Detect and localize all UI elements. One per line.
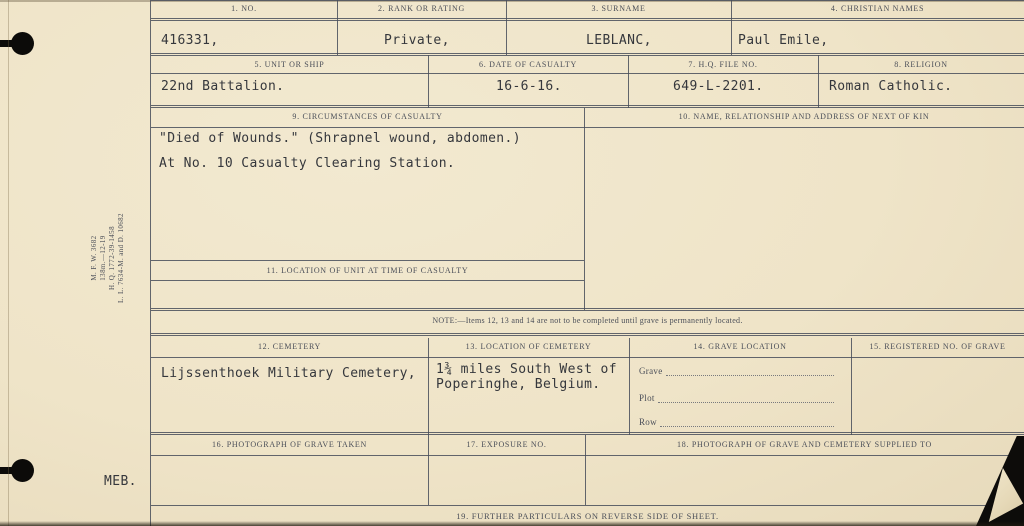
divider [506,0,507,55]
field-label-unit-location: 11. LOCATION OF UNIT AT TIME OF CASUALTY [151,266,584,275]
divider [584,108,585,310]
stamp-line: L. L. 7634-M. and D. 10682 [117,188,126,328]
field-label-cemetery: 12. CEMETERY [151,342,428,351]
card-bottom-edge [0,521,1024,526]
field-label-date-of-casualty: 6. DATE OF CASUALTY [428,60,628,69]
casualty-record-card: M. F. W. 3682 138m.—12-19 H. Q. 1772-39-… [0,0,1024,526]
field-label-circumstances: 9. CIRCUMSTANCES OF CASUALTY [151,112,584,121]
rule [151,127,1024,128]
plot-line: Plot [639,392,834,403]
rule [151,280,584,281]
field-value-rank: Private, [384,33,450,48]
rule [151,105,1024,108]
clerk-initials: MEB. [104,474,137,489]
divider [585,435,586,505]
divider [428,55,429,108]
rule [151,432,1024,435]
rule [151,357,1024,358]
field-label-religion: 8. RELIGION [818,60,1024,69]
field-label-christian-names: 4. CHRISTIAN NAMES [731,4,1024,13]
field-label-photo-supplied: 18. PHOTOGRAPH OF GRAVE AND CEMETERY SUP… [585,440,1024,449]
field-label-unit: 5. UNIT OR SHIP [151,60,428,69]
rule [151,18,1024,21]
form-grid: 1. NO. 2. RANK OR RATING 3. SURNAME 4. C… [150,0,1024,526]
divider [337,0,338,55]
divider [851,338,852,435]
divider [428,435,429,505]
field-value-christian-names: Paul Emile, [738,33,829,48]
field-value-date-of-casualty: 16-6-16. [496,79,562,94]
row-line: Row [639,416,834,427]
dotted-leader [658,392,834,403]
field-label-next-of-kin: 10. NAME, RELATIONSHIP AND ADDRESS OF NE… [584,112,1024,121]
field-value-cemetery: Lijssenthoek Military Cemetery, [161,366,416,381]
rule [151,53,1024,56]
field-label-cemetery-location: 13. LOCATION OF CEMETERY [428,342,629,351]
footer-text: 19. FURTHER PARTICULARS ON REVERSE SIDE … [151,511,1024,521]
rule [151,505,1024,506]
punch-hole-top [11,32,34,55]
divider [628,55,629,108]
plot-line-label: Plot [639,393,655,403]
rule [151,0,1024,1]
field-label-exposure-no: 17. EXPOSURE NO. [428,440,585,449]
field-value-unit: 22nd Battalion. [161,79,284,94]
field-label-rank: 2. RANK OR RATING [337,4,506,13]
field-label-hq-file-no: 7. H.Q. FILE NO. [628,60,818,69]
field-value-religion: Roman Catholic. [829,79,952,94]
field-value-cemetery-location-line2: Poperinghe, Belgium. [436,377,601,392]
divider [629,338,630,435]
stamp-line: M. F. W. 3682 [90,188,99,328]
note-text: NOTE:—Items 12, 13 and 14 are not to be … [151,316,1024,325]
divider [818,55,819,108]
dotted-leader [660,416,834,427]
form-number-stamp: M. F. W. 3682 138m.—12-19 H. Q. 1772-39-… [90,188,146,328]
field-label-grave-location: 14. GRAVE LOCATION [629,342,851,351]
field-value-circumstances-line1: "Died of Wounds." (Shrapnel wound, abdom… [159,131,521,146]
rule [151,308,1024,311]
rule [151,455,1024,456]
field-value-hq-file-no: 649-L-2201. [673,79,764,94]
field-label-surname: 3. SURNAME [506,4,731,13]
field-value-cemetery-location-line1: 1¾ miles South West of [436,362,617,377]
row-line-label: Row [639,417,657,427]
stamp-line: 138m.—12-19 [99,188,108,328]
divider [428,338,429,435]
grave-line: Grave [639,365,834,376]
field-label-registered-no: 15. REGISTERED NO. OF GRAVE [851,342,1024,351]
field-value-circumstances-line2: At No. 10 Casualty Clearing Station. [159,156,455,171]
divider [731,0,732,55]
grave-line-label: Grave [639,366,663,376]
rule [151,333,1024,336]
dotted-leader [666,365,835,376]
stamp-line: H. Q. 1772-39-1458 [108,188,117,328]
punch-hole-bottom [11,459,34,482]
field-value-surname: LEBLANC, [586,33,652,48]
field-value-no: 416331, [161,33,219,48]
rule [151,260,584,261]
rule [151,73,1024,74]
field-label-photo-taken: 16. PHOTOGRAPH OF GRAVE TAKEN [151,440,428,449]
field-label-no: 1. NO. [151,4,337,13]
card-edge-line [8,0,9,526]
